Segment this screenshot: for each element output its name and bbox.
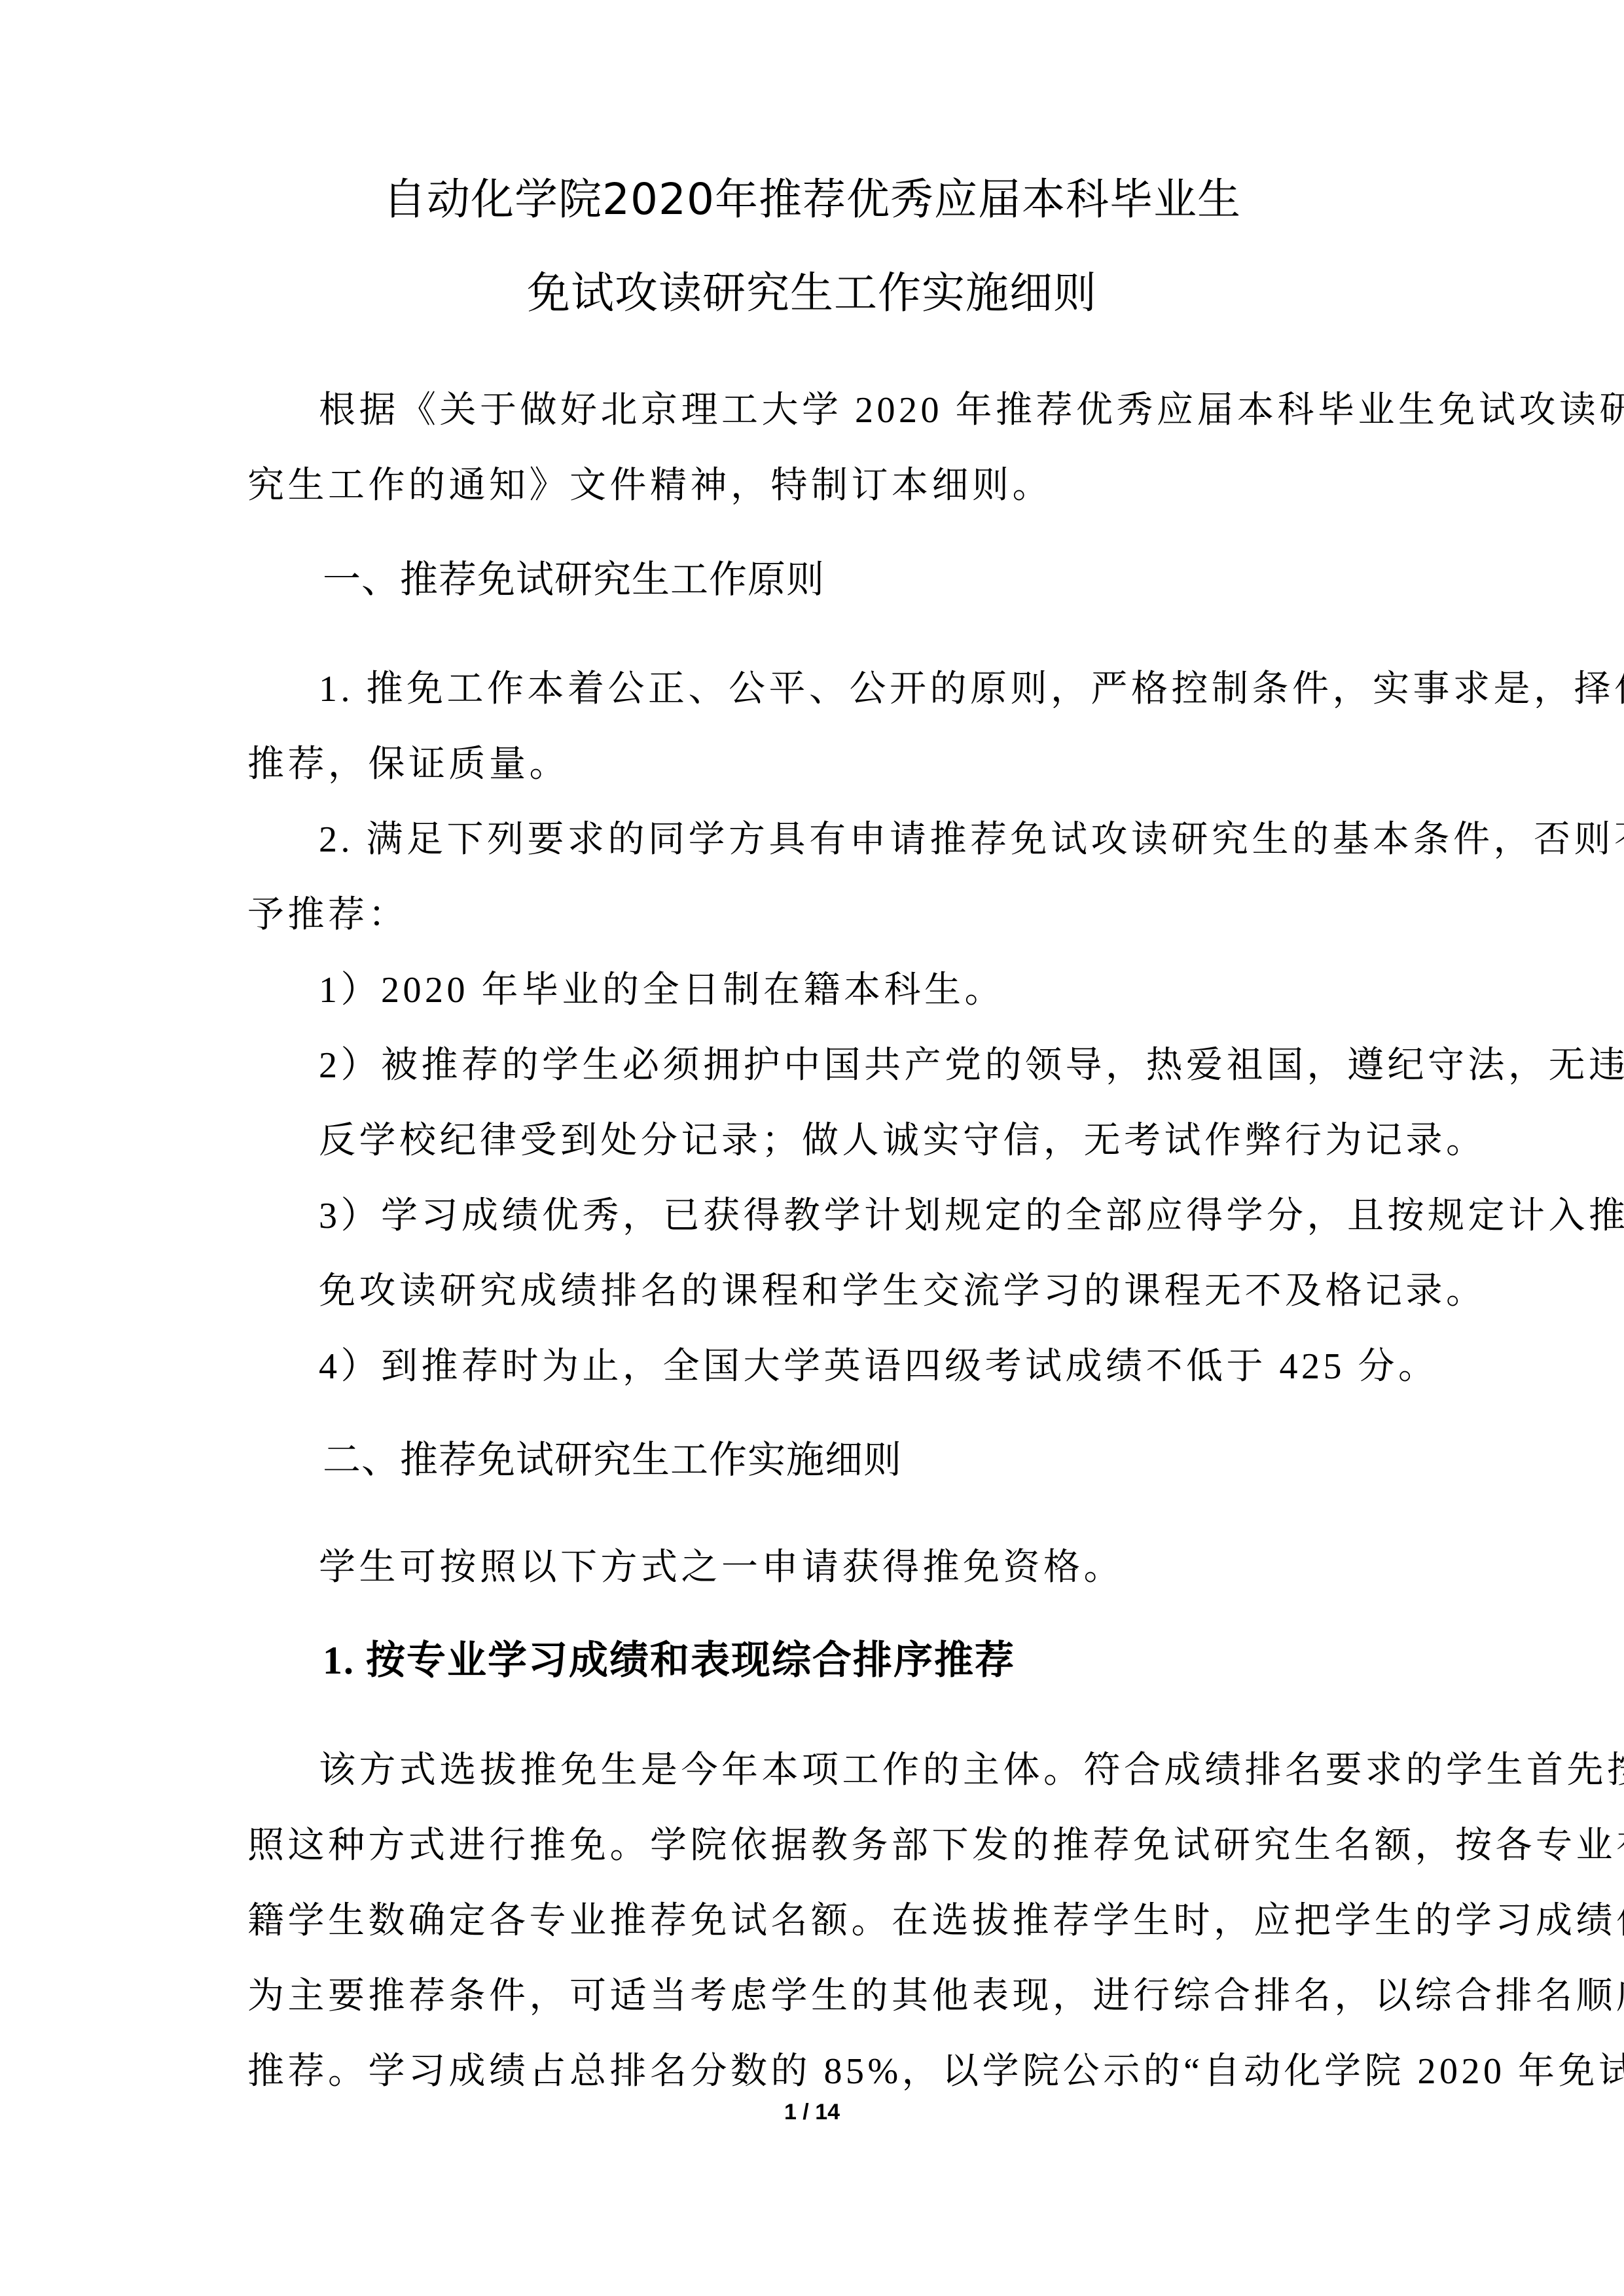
subsection-1-line-3: 籍学生数确定各专业推荐免试名额。在选拔推荐学生时，应把学生的学习成绩作 <box>247 1898 1375 1944</box>
intro-line-1: 根据《关于做好北京理工大学 2020 年推荐优秀应届本科毕业生免试攻读研 <box>319 387 1375 433</box>
document-title-line-2: 免试攻读研究生工作实施细则 <box>0 267 1624 319</box>
section-1-item-2-line-1: 2. 满足下列要求的同学方具有申请推荐免试攻读研究生的基本条件，否则不 <box>319 817 1375 863</box>
document-title-line-1: 自动化学院2020年推荐优秀应届本科毕业生 <box>0 173 1624 226</box>
document-page: 自动化学院2020年推荐优秀应届本科毕业生 免试攻读研究生工作实施细则 根据《关… <box>0 0 1624 2296</box>
subsection-1-line-5: 推荐。学习成绩占总排名分数的 85%，以学院公示的“自动化学院 2020 年免试… <box>247 2049 1375 2094</box>
section-1-item-1-line-2: 推荐，保证质量。 <box>247 742 1375 787</box>
page-indicator: 1 / 14 <box>0 2098 1624 2126</box>
subsection-1-line-1: 该方式选拔推免生是今年本项工作的主体。符合成绩排名要求的学生首先按 <box>319 1748 1375 1793</box>
subsection-1-line-4: 为主要推荐条件，可适当考虑学生的其他表现，进行综合排名，以综合排名顺序 <box>247 1973 1375 2019</box>
section-1-item-2-line-2: 予推荐： <box>247 892 1375 938</box>
subsection-1-line-2: 照这种方式进行推免。学院依据教务部下发的推荐免试研究生名额，按各专业在 <box>247 1823 1375 1869</box>
condition-4: 4）到推荐时为止，全国大学英语四级考试成绩不低于 425 分。 <box>319 1344 1375 1390</box>
section-1-item-1-line-1: 1. 推免工作本着公正、公平、公开的原则，严格控制条件，实事求是，择优 <box>319 666 1375 712</box>
section-1-heading: 一、推荐免试研究生工作原则 <box>323 556 825 602</box>
section-2-intro: 学生可按照以下方式之一申请获得推免资格。 <box>319 1545 1375 1590</box>
section-2-heading: 二、推荐免试研究生工作实施细则 <box>323 1437 902 1482</box>
condition-3-line-2: 免攻读研究成绩排名的课程和学生交流学习的课程无不及格记录。 <box>319 1268 1375 1314</box>
subsection-1-heading: 1. 按专业学习成绩和表现综合排序推荐 <box>323 1638 1015 1683</box>
condition-1: 1）2020 年毕业的全日制在籍本科生。 <box>319 967 1375 1013</box>
intro-line-2: 究生工作的通知》文件精神，特制订本细则。 <box>247 463 1375 509</box>
condition-2-line-2: 反学校纪律受到处分记录；做人诚实守信，无考试作弊行为记录。 <box>319 1118 1375 1164</box>
condition-2-line-1: 2）被推荐的学生必须拥护中国共产党的领导，热爱祖国，遵纪守法，无违 <box>319 1043 1375 1088</box>
condition-3-line-1: 3）学习成绩优秀，已获得教学计划规定的全部应得学分，且按规定计入推 <box>319 1193 1375 1239</box>
